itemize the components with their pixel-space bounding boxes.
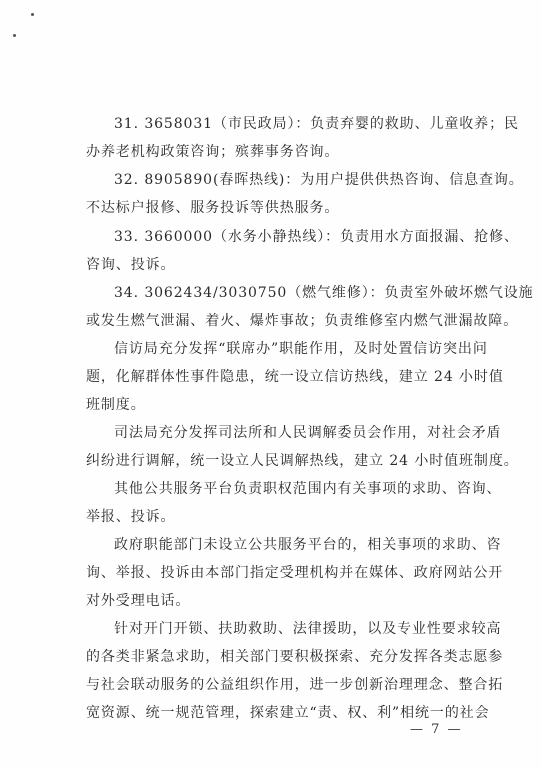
text-line: 31. 3658031（市民政局）：负责弃婴的救助、儿童收养；民 [114,114,486,134]
text-line: 询、举报、投诉由本部门指定受理机构并在媒体、政府网站公开 [86,563,486,583]
document-page: 31. 3658031（市民政局）：负责弃婴的救助、儿童收养；民 办养老机构政策… [0,0,541,768]
text-line: 信访局充分发挥“联席办”职能作用，及时处置信访突出问 [114,339,486,359]
text-line: 班制度。 [86,395,486,415]
text-line: 其他公共服务平台负责职权范围内有关事项的求助、咨询、 [114,479,486,499]
text-line: 33. 3660000（水务小静热线）：负责用水方面报漏、抢修、 [114,227,486,247]
text-line: 针对开门开锁、扶助救助、法律援助，以及专业性要求较高 [114,619,486,639]
text-line: 咨询、投诉。 [86,255,486,275]
scan-speck [31,13,34,16]
text-line: 题，化解群体性事件隐患，统一设立信访热线，建立 24 小时值 [86,367,486,387]
text-line: 对外受理电话。 [86,591,486,611]
text-line: 司法局充分发挥司法所和人民调解委员会作用，对社会矛盾 [114,423,486,443]
text-line: 宽资源、统一规范管理，探索建立“责、权、利”相统一的社会 [86,703,486,723]
text-line: 办养老机构政策咨询；殡葬事务咨询。 [86,142,486,162]
text-line: 纠纷进行调解，统一设立人民调解热线，建立 24 小时值班制度。 [86,451,486,471]
text-line: 不达标户报修、服务投诉等供热服务。 [86,198,486,218]
text-line: 举报、投诉。 [86,507,486,527]
text-line: 34. 3062434/3030750（燃气维修）：负责室外破坏燃气设施 [114,283,486,303]
page-number: — 7 — [410,722,463,737]
text-line: 或发生燃气泄漏、着火、爆炸事故；负责维修室内燃气泄漏故障。 [86,311,486,331]
text-line: 政府职能部门未设立公共服务平台的，相关事项的求助、咨 [114,535,486,555]
scan-speck [13,34,16,37]
text-line: 的各类非紧急求助，相关部门要积极探索、充分发挥各类志愿参 [86,647,486,667]
text-line: 与社会联动服务的公益组织作用，进一步创新治理理念、整合拓 [86,675,486,695]
text-line: 32. 8905890(春晖热线)：为用户提供供热咨询、信息查询。 [114,170,486,190]
